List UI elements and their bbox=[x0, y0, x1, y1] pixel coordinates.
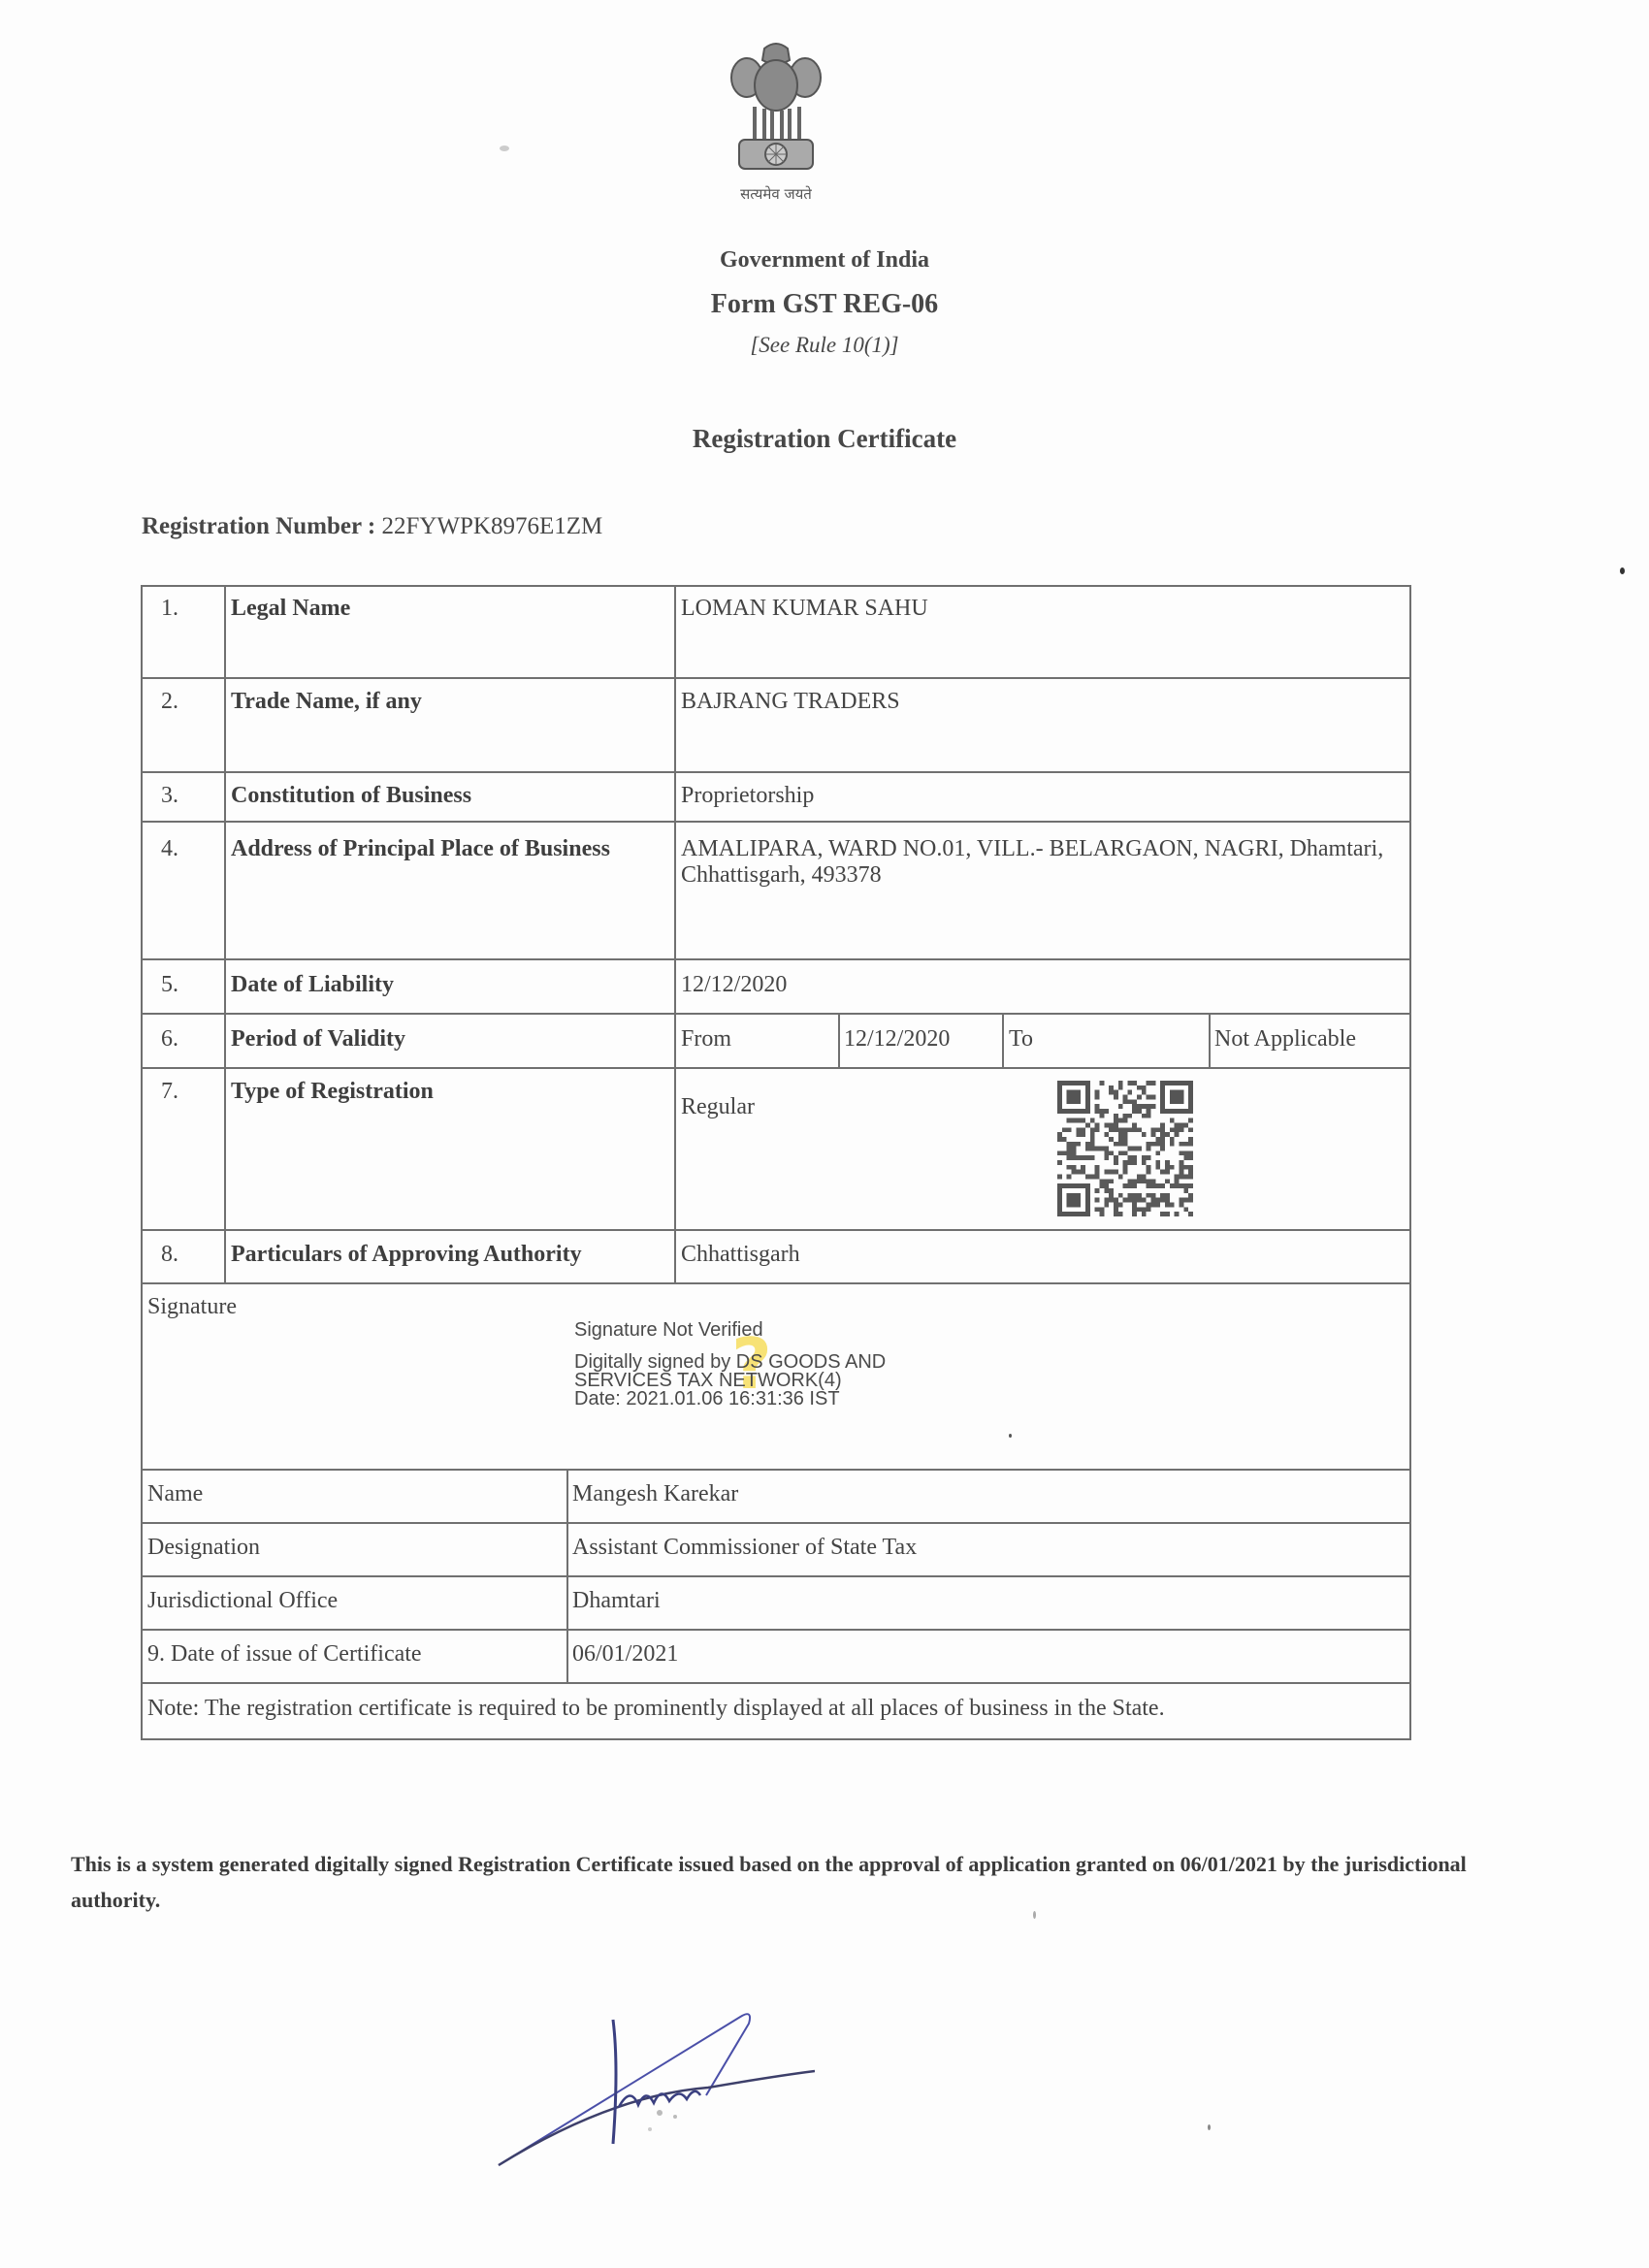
system-generated-statement: This is a system generated digitally sig… bbox=[71, 1846, 1506, 1918]
national-emblem-icon bbox=[726, 39, 826, 184]
validity-from-value: 12/12/2020 bbox=[844, 1026, 950, 1053]
date-of-liability-value: 12/12/2020 bbox=[681, 972, 787, 998]
designation-label: Designation bbox=[147, 1535, 260, 1561]
digital-signer: Digitally signed by DS GOODS AND SERVICE… bbox=[574, 1353, 886, 1409]
row-number: 3. bbox=[161, 783, 178, 809]
rule-reference: [See Rule 10(1)] bbox=[0, 333, 1649, 358]
registration-number-label: Registration Number : bbox=[142, 513, 375, 539]
row-number: 6. bbox=[161, 1026, 178, 1053]
validity-from-label: From bbox=[681, 1026, 731, 1053]
approving-authority-value: Chhattisgarh bbox=[681, 1242, 800, 1268]
form-name: Form GST REG-06 bbox=[0, 289, 1649, 320]
registration-number: Registration Number : 22FYWPK8976E1ZM bbox=[142, 513, 602, 540]
officer-name-value: Mangesh Karekar bbox=[572, 1481, 738, 1507]
jurisdictional-office-value: Dhamtari bbox=[572, 1588, 661, 1614]
officer-name-label: Name bbox=[147, 1481, 203, 1507]
approving-authority-label: Particulars of Approving Authority bbox=[231, 1242, 582, 1268]
row-number: 1. bbox=[161, 596, 178, 622]
designation-value: Assistant Commissioner of State Tax bbox=[572, 1535, 917, 1561]
handwritten-signature-icon bbox=[495, 1998, 815, 2173]
type-of-registration-value: Regular bbox=[681, 1094, 755, 1120]
row-number: 4. bbox=[161, 836, 178, 862]
qr-code-icon bbox=[1057, 1081, 1193, 1216]
digital-signature-date: Date: 2021.01.06 16:31:36 IST bbox=[574, 1390, 886, 1409]
address-label: Address of Principal Place of Business bbox=[231, 836, 638, 862]
certificate-table bbox=[141, 585, 1411, 1740]
date-of-issue-value: 06/01/2021 bbox=[572, 1641, 678, 1668]
row-number: 7. bbox=[161, 1079, 178, 1105]
constitution-value: Proprietorship bbox=[681, 783, 814, 809]
page-title: Registration Certificate bbox=[0, 424, 1649, 454]
row-number: 5. bbox=[161, 972, 178, 998]
government-heading: Government of India bbox=[0, 247, 1649, 274]
constitution-label: Constitution of Business bbox=[231, 783, 471, 809]
date-of-issue-label: 9. Date of issue of Certificate bbox=[147, 1641, 422, 1668]
row-number: 8. bbox=[161, 1242, 178, 1268]
registration-number-value: 22FYWPK8976E1ZM bbox=[381, 513, 602, 539]
jurisdictional-office-label: Jurisdictional Office bbox=[147, 1588, 338, 1614]
trade-name-value: BAJRANG TRADERS bbox=[681, 689, 900, 715]
validity-to-label: To bbox=[1009, 1026, 1033, 1053]
display-note: Note: The registration certificate is re… bbox=[147, 1696, 1165, 1722]
period-of-validity-label: Period of Validity bbox=[231, 1026, 405, 1053]
legal-name-value: LOMAN KUMAR SAHU bbox=[681, 596, 928, 622]
trade-name-label: Trade Name, if any bbox=[231, 689, 422, 715]
validity-to-value: Not Applicable bbox=[1214, 1026, 1356, 1053]
signature-label: Signature bbox=[147, 1294, 237, 1320]
row-number: 2. bbox=[161, 689, 178, 715]
type-of-registration-label: Type of Registration bbox=[231, 1079, 434, 1105]
emblem-motto: सत्यमेव जयते bbox=[718, 184, 834, 204]
address-value: AMALIPARA, WARD NO.01, VILL.- BELARGAON,… bbox=[681, 836, 1404, 889]
date-of-liability-label: Date of Liability bbox=[231, 972, 394, 998]
signature-status: Signature Not Verified bbox=[574, 1321, 763, 1340]
legal-name-label: Legal Name bbox=[231, 596, 350, 622]
